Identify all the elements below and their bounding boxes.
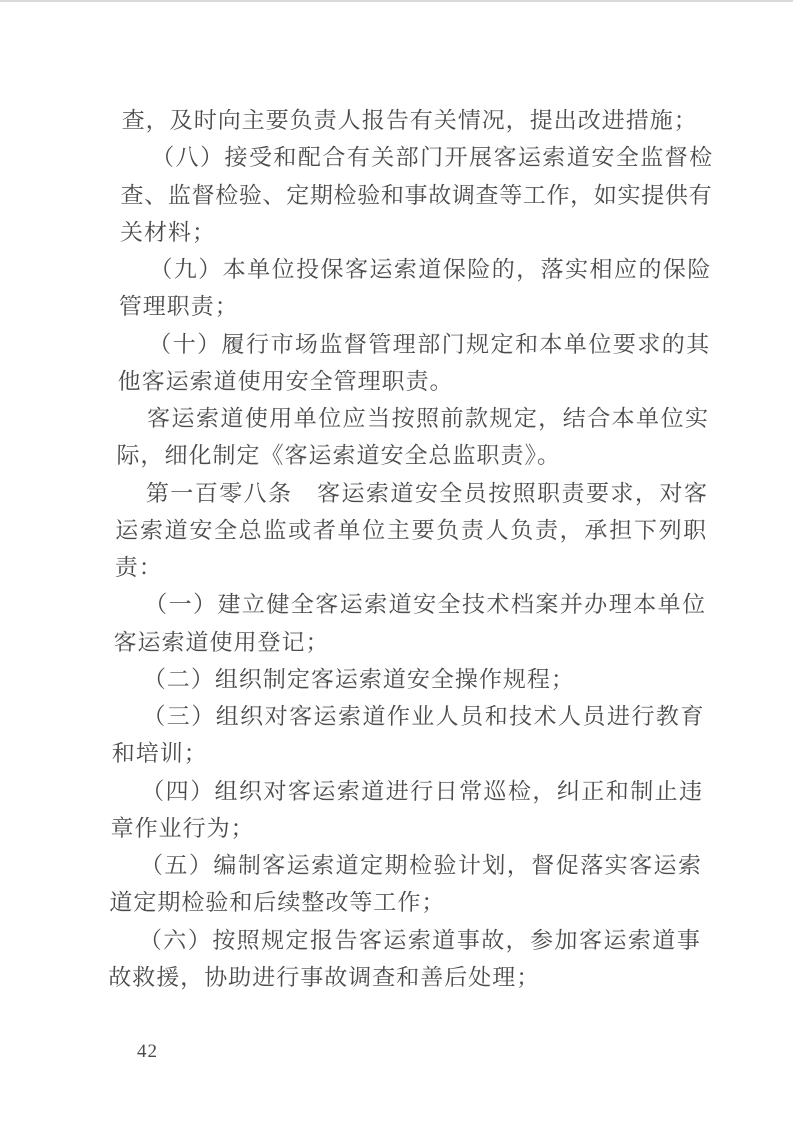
text-line: 他客运索道使用安全管理职责。	[117, 363, 709, 400]
text-line: 查、监督检验、定期检验和事故调查等工作，如实提供有	[120, 177, 712, 214]
text-line: 客运索道使用登记；	[113, 624, 705, 661]
page-number: 42	[137, 1041, 158, 1063]
text-line: （五）编制客运索道定期检验计划，督促落实客运索	[110, 847, 702, 884]
scan-edge-artifact	[0, 0, 793, 2]
text-line: （十）履行市场监督管理部门规定和本单位要求的其	[118, 326, 710, 363]
text-line: 章作业行为；	[110, 810, 702, 847]
text-line: 运索道安全总监或者单位主要负责人负责，承担下列职	[115, 512, 707, 549]
text-line: 关材料；	[120, 214, 712, 251]
text-line: 客运索道使用单位应当按照前款规定，结合本单位实	[117, 400, 709, 437]
text-line: 管理职责；	[118, 288, 710, 325]
text-line: 故救援，协助进行事故调查和善后处理；	[108, 959, 700, 996]
document-page: 查，及时向主要负责人报告有关情况，提出改进措施； （八）接受和配合有关部门开展客…	[0, 0, 793, 1122]
text-line: 第一百零八条 客运索道安全员按照职责要求，对客	[116, 475, 708, 512]
text-line: 责：	[114, 549, 706, 586]
text-line: 和培训；	[111, 735, 703, 772]
text-line: （一）建立健全客运索道安全技术档案并办理本单位	[114, 586, 706, 623]
text-line: （二）组织制定客运索道安全操作规程；	[113, 661, 705, 698]
text-line: （九）本单位投保客运索道保险的，落实相应的保险	[119, 251, 711, 288]
text-line: 际，细化制定《客运索道安全总监职责》。	[116, 437, 708, 474]
text-line: （六）按照规定报告客运索道事故，参加客运索道事	[109, 922, 701, 959]
document-body: 查，及时向主要负责人报告有关情况，提出改进措施； （八）接受和配合有关部门开展客…	[108, 102, 713, 996]
text-line: （三）组织对客运索道作业人员和技术人员进行教育	[112, 698, 704, 735]
text-line: 查，及时向主要负责人报告有关情况，提出改进措施；	[121, 102, 713, 139]
text-line: （四）组织对客运索道进行日常巡检，纠正和制止违	[111, 773, 703, 810]
text-line: 道定期检验和后续整改等工作；	[109, 884, 701, 921]
text-line: （八）接受和配合有关部门开展客运索道安全监督检	[121, 139, 713, 176]
